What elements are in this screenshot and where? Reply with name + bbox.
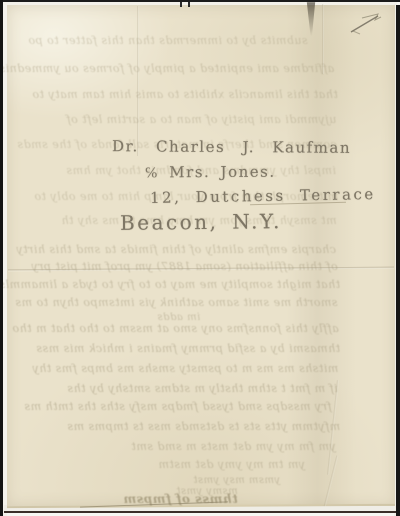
scanned-document: submits by to immermds than this fatter … [0, 0, 400, 516]
scan-border-bottom [4, 511, 396, 513]
pencil-mark-icon [348, 8, 384, 38]
paper-sheet [7, 5, 395, 506]
scan-border-left [0, 0, 3, 516]
scan-border-top [0, 0, 400, 2]
scan-border-right [396, 5, 400, 516]
